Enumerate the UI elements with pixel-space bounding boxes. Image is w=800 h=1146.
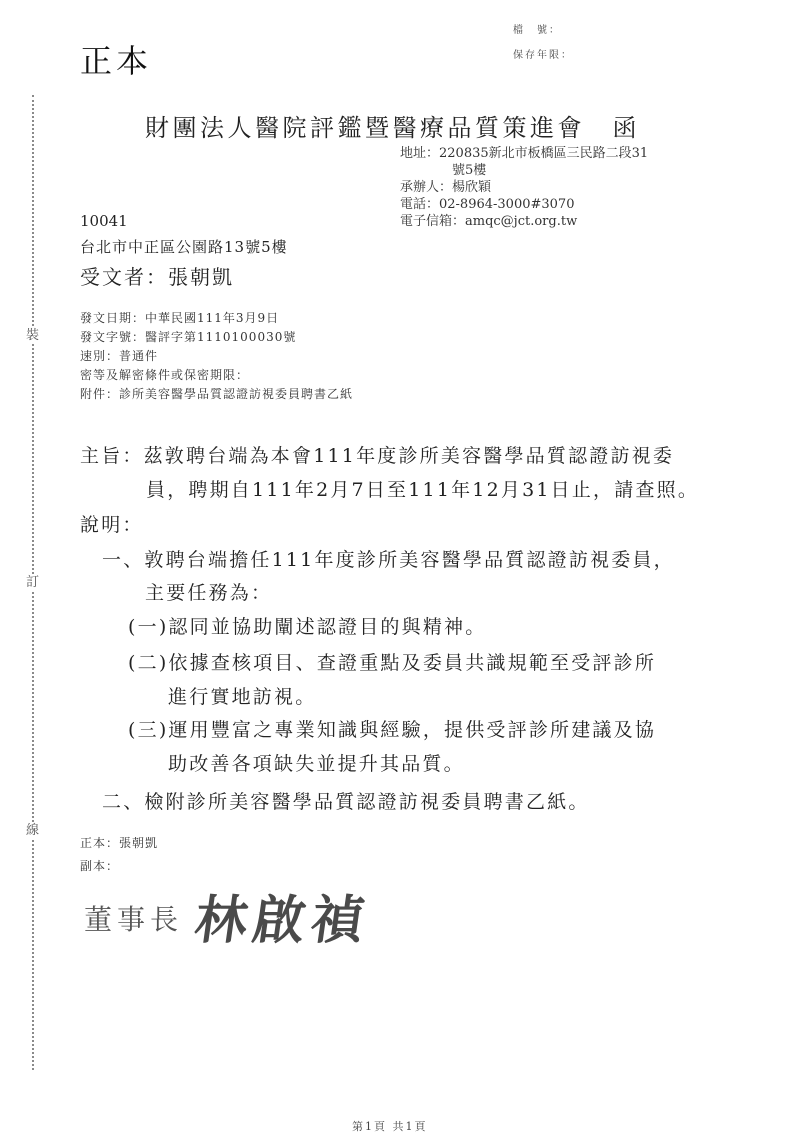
explanation-item1-line2: 主要任務為： — [145, 578, 272, 605]
recipient-address: 台北市中正區公園路13號5樓 — [80, 236, 288, 257]
explanation-heading: 說明： — [80, 510, 144, 537]
binding-label-zhuang: 裝 — [26, 328, 39, 344]
file-number-label: 檔 號： — [513, 21, 561, 36]
explanation-sub1: (一)認同並協助闡述認證目的與精神。 — [128, 612, 486, 639]
org-title: 財團法人醫院評鑑暨醫療品質策進會 函 — [145, 108, 640, 143]
explanation-item2: 二、檢附診所美容醫學品質認證訪視委員聘書乙紙。 — [102, 787, 590, 814]
recipient-zip: 10041 — [80, 212, 128, 230]
sender-info: 地址：220835新北市板橋區三民路二段31 號5樓 承辦人：楊欣穎 電話：02… — [400, 145, 648, 230]
delivery-speed: 速別：普通件 — [80, 347, 353, 366]
distribution-block: 正本：張朝凱 副本： — [80, 832, 158, 878]
explanation-sub2-line1: (二)依據查核項目、查證重點及委員共識規範至受評診所 — [128, 648, 656, 675]
explanation-sub3-line1: (三)運用豐富之專業知識與經驗，提供受評診所建議及協 — [128, 715, 656, 742]
sender-contact: 承辦人：楊欣穎 — [400, 179, 648, 196]
sender-address-line2: 號5樓 — [400, 162, 648, 179]
sender-address-line1: 地址：220835新北市板橋區三民路二段31 — [400, 145, 648, 162]
retention-label: 保存年限： — [513, 46, 573, 61]
document-meta: 發文日期：中華民國111年3月9日 發文字號：醫評字第1110100030號 速… — [80, 309, 353, 404]
explanation-sub3-line2: 助改善各項缺失並提升其品質。 — [168, 749, 465, 776]
explanation-item1-line1: 一、敦聘台端擔任111年度診所美容醫學品質認證訪視委員， — [102, 545, 675, 572]
subject-line2: 員，聘期自111年2月7日至111年12月31日止，請查照。 — [146, 475, 699, 502]
explanation-sub2-line2: 進行實地訪視。 — [168, 682, 316, 709]
signature-stamp: 林啟禎 — [191, 878, 376, 953]
binding-label-xian: 線 — [26, 823, 39, 839]
attachment-info: 附件：診所美容醫學品質認證訪視委員聘書乙紙 — [80, 385, 353, 404]
binding-label-ding: 訂 — [26, 575, 39, 591]
subject-line1: 主旨：茲敦聘台端為本會111年度診所美容醫學品質認證訪視委 — [80, 441, 674, 468]
issue-date: 發文日期：中華民國111年3月9日 — [80, 309, 353, 328]
secrecy-level: 密等及解密條件或保密期限： — [80, 366, 353, 385]
sender-phone: 電話：02-8964-3000#3070 — [400, 196, 648, 213]
original-recipient: 正本：張朝凱 — [80, 832, 158, 855]
signer-title: 董事長 — [84, 898, 183, 938]
copy-type-label: 正本 — [80, 36, 152, 82]
copy-recipient: 副本： — [80, 855, 158, 878]
sender-email: 電子信箱：amqc@jct.org.tw — [400, 213, 648, 230]
page-number: 第1頁 共1頁 — [352, 1118, 428, 1134]
document-number: 發文字號：醫評字第1110100030號 — [80, 328, 353, 347]
recipient-name: 受文者：張朝凱 — [80, 261, 234, 290]
